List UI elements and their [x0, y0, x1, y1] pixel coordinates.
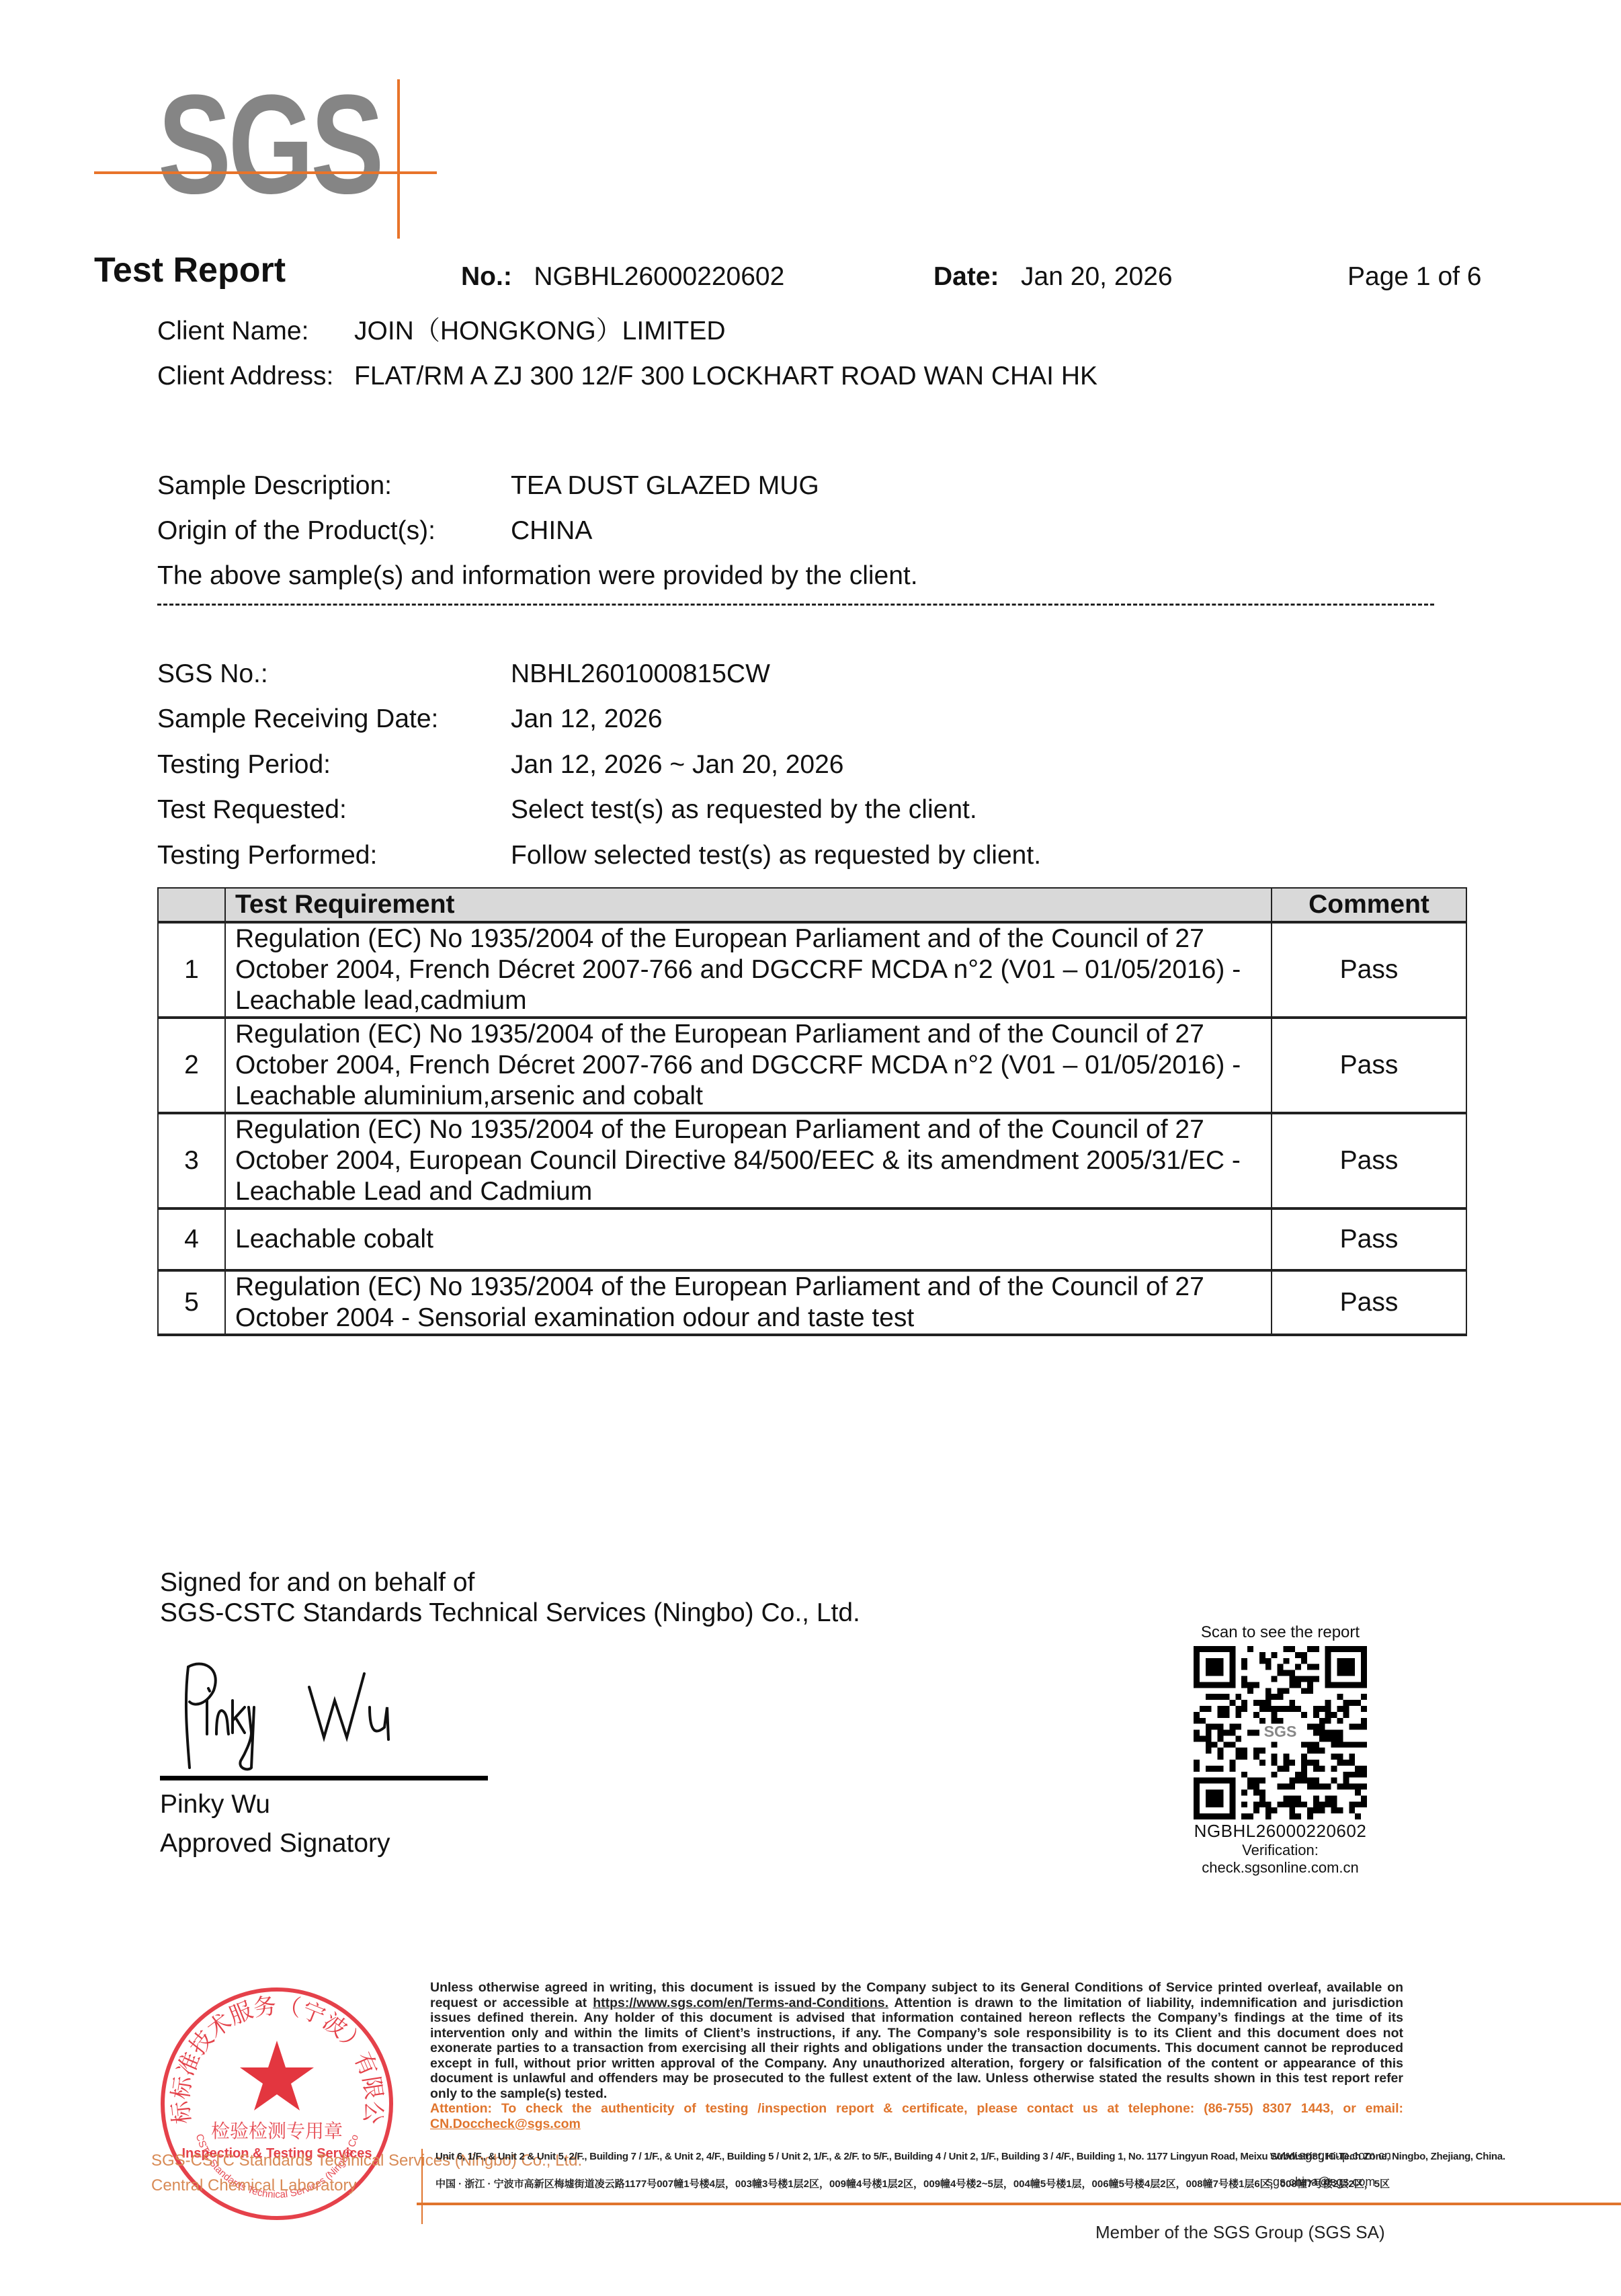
report-number: No.: NGBHL26000220602: [461, 262, 784, 292]
signed-for-line1: Signed for and on behalf of: [160, 1569, 474, 1596]
legal-text-post: Attention is drawn to the limitation of …: [430, 1996, 1403, 2101]
table-header-row: Test Requirement Comment: [158, 888, 1466, 922]
qr-report-number: NGBHL26000220602: [1183, 1821, 1378, 1842]
testing-period-label: Testing Period:: [157, 751, 331, 778]
receiving-date-value: Jan 12, 2026: [511, 706, 663, 732]
row-comment: Pass: [1272, 922, 1466, 1018]
testing-performed-value: Follow selected test(s) as requested by …: [511, 842, 1041, 868]
logo-vertical-rule: [397, 79, 400, 239]
table-row: 5Regulation (EC) No 1935/2004 of the Eur…: [158, 1270, 1466, 1335]
testing-period-value: Jan 12, 2026 ~ Jan 20, 2026: [511, 751, 844, 778]
row-comment: Pass: [1272, 1018, 1466, 1113]
origin-label: Origin of the Product(s):: [157, 518, 435, 544]
table-row: 3Regulation (EC) No 1935/2004 of the Eur…: [158, 1113, 1466, 1208]
table-row: 1Regulation (EC) No 1935/2004 of the Eur…: [158, 922, 1466, 1018]
client-name-label: Client Name:: [157, 318, 308, 344]
row-requirement: Regulation (EC) No 1935/2004 of the Euro…: [225, 1270, 1272, 1335]
row-number: 2: [158, 1018, 225, 1113]
sample-description-value: TEA DUST GLAZED MUG: [511, 473, 819, 499]
terms-link[interactable]: https://www.sgs.com/en/Terms-and-Conditi…: [593, 1996, 888, 2010]
website-link[interactable]: www.sgsgroup.com.cn: [1270, 2149, 1391, 2163]
qr-verification-block: Scan to see the report SGS NGBHL26000220…: [1183, 1623, 1378, 1877]
report-date-label: Date:: [933, 262, 999, 291]
row-requirement: Regulation (EC) No 1935/2004 of the Euro…: [225, 1113, 1272, 1208]
report-number-value: NGBHL26000220602: [534, 262, 784, 291]
row-requirement: Leachable cobalt: [225, 1208, 1272, 1270]
row-number: 5: [158, 1270, 225, 1335]
sgs-logo: SGS: [94, 40, 444, 208]
row-comment: Pass: [1272, 1208, 1466, 1270]
provided-note: The above sample(s) and information were…: [157, 563, 918, 589]
sgs-no-value: NBHL2601000815CW: [511, 661, 770, 687]
authenticity-notice: Attention: To check the authenticity of …: [430, 2101, 1403, 2131]
footer-rule: [417, 2203, 1621, 2205]
signatory-title: Approved Signatory: [160, 1830, 390, 1856]
svg-text:SGS: SGS: [1264, 1723, 1297, 1740]
test-requested-label: Test Requested:: [157, 796, 347, 823]
svg-text:通标标准技术服务（宁波）有限公司: 通标标准技术服务（宁波）有限公司: [155, 1981, 387, 2125]
test-results-table: Test Requirement Comment 1Regulation (EC…: [157, 887, 1467, 1336]
address-vertical-rule: [421, 2149, 423, 2224]
table-row: 4Leachable cobaltPass: [158, 1208, 1466, 1270]
table-row: 2Regulation (EC) No 1935/2004 of the Eur…: [158, 1018, 1466, 1113]
verification-url[interactable]: check.sgsonline.com.cn: [1183, 1859, 1378, 1877]
contact-email[interactable]: sgs.china@sgs.com: [1267, 2175, 1375, 2189]
logo-horizontal-rule: [94, 171, 437, 174]
client-address-value: FLAT/RM A ZJ 300 12/F 300 LOCKHART ROAD …: [354, 363, 1097, 389]
signed-for-line2: SGS-CSTC Standards Technical Services (N…: [160, 1600, 860, 1626]
client-name-value: JOIN（HONGKONG）LIMITED: [354, 318, 726, 344]
doccheck-email-link[interactable]: CN.Doccheck@sgs.com: [430, 2117, 581, 2131]
dashed-separator: [157, 604, 1434, 606]
signature-line: [160, 1776, 488, 1780]
row-number: 4: [158, 1208, 225, 1270]
svg-text:检验检测专用章: 检验检测专用章: [211, 2120, 343, 2142]
verification-label: Verification:: [1183, 1842, 1378, 1859]
report-date: Date: Jan 20, 2026: [933, 262, 1173, 292]
authenticity-text: Attention: To check the authenticity of …: [430, 2101, 1403, 2116]
testing-performed-label: Testing Performed:: [157, 842, 377, 868]
receiving-date-label: Sample Receiving Date:: [157, 706, 438, 732]
logo-text: SGS: [158, 74, 381, 215]
client-address-label: Client Address:: [157, 363, 333, 389]
report-date-value: Jan 20, 2026: [1021, 262, 1173, 291]
report-number-label: No.:: [461, 262, 512, 291]
row-number: 1: [158, 922, 225, 1018]
page-indicator: Page 1 of 6: [1347, 262, 1482, 292]
origin-value: CHINA: [511, 518, 592, 544]
address-chinese: 中国 · 浙江 · 宁波市高新区梅墟街道凌云路1177号007幢1号楼4层，00…: [435, 2176, 1390, 2190]
row-comment: Pass: [1272, 1113, 1466, 1208]
qr-caption: Scan to see the report: [1183, 1623, 1378, 1642]
header-number: [158, 888, 225, 922]
sgs-no-label: SGS No.:: [157, 661, 268, 687]
row-comment: Pass: [1272, 1270, 1466, 1335]
handwritten-signature: [175, 1660, 457, 1774]
row-number: 3: [158, 1113, 225, 1208]
header-test-requirement: Test Requirement: [225, 888, 1272, 922]
test-requested-value: Select test(s) as requested by the clien…: [511, 796, 977, 823]
qr-code-icon[interactable]: SGS: [1194, 1646, 1367, 1819]
legal-disclaimer: Unless otherwise agreed in writing, this…: [430, 1980, 1403, 2131]
page-title: Test Report: [94, 250, 286, 290]
sample-description-label: Sample Description:: [157, 473, 392, 499]
header-comment: Comment: [1272, 888, 1466, 922]
member-statement: Member of the SGS Group (SGS SA): [1095, 2222, 1385, 2243]
row-requirement: Regulation (EC) No 1935/2004 of the Euro…: [225, 1018, 1272, 1113]
signatory-name: Pinky Wu: [160, 1791, 270, 1817]
row-requirement: Regulation (EC) No 1935/2004 of the Euro…: [225, 922, 1272, 1018]
